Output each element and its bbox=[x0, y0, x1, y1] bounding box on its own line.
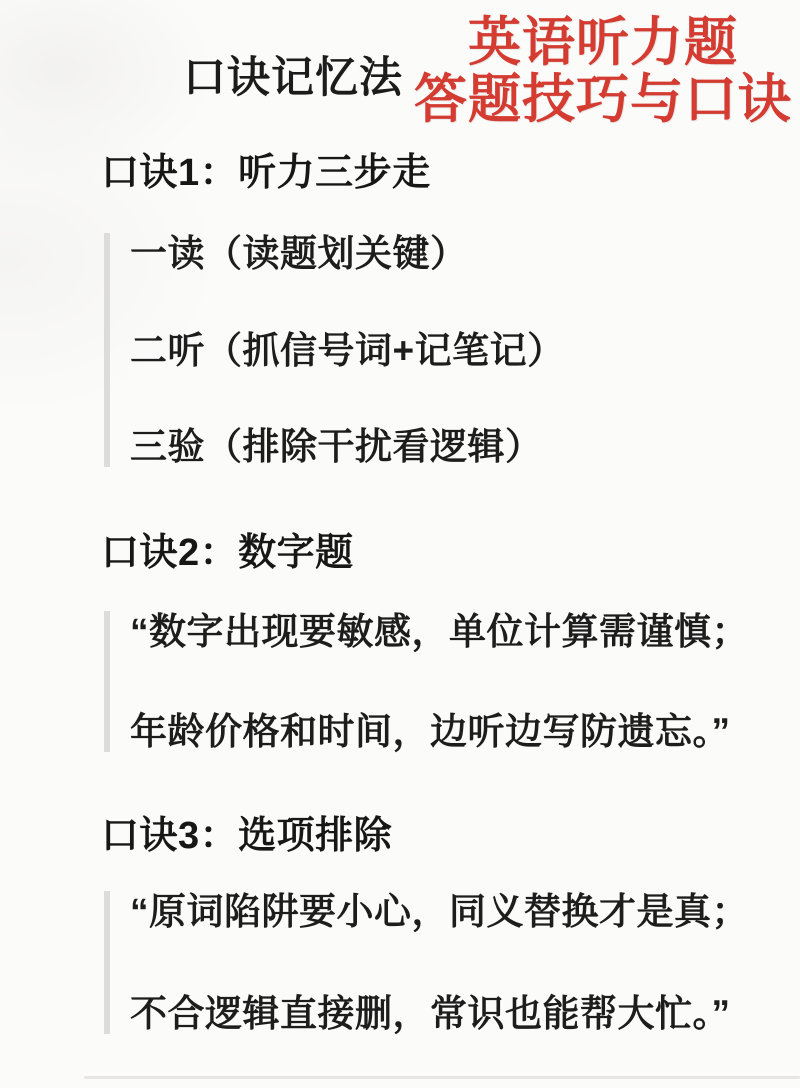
red-headline: 英语听力题 答题技巧与口诀 bbox=[414, 14, 792, 128]
section-1-heading: 口诀1：听力三步走 bbox=[101, 141, 431, 196]
quote-line: 不合逻辑直接删，常识也能帮大忙。” bbox=[130, 993, 754, 1034]
quote-line: 二听（抓信号词+记笔记） bbox=[130, 330, 664, 371]
red-headline-line2: 答题技巧与口诀 bbox=[414, 71, 792, 128]
note-page: 口诀记忆法 英语听力题 答题技巧与口诀 口诀1：听力三步走 一读（读题划关键） … bbox=[0, 0, 800, 1088]
quote-line: 一读（读题划关键） bbox=[130, 233, 664, 274]
section-2-quote-block: “数字出现要敏感，单位计算需谨慎； 年龄价格和时间，边听边写防遗忘。” bbox=[104, 611, 744, 752]
section-3-quote-block: “原词陷阱要小心，同义替换才是真； 不合逻辑直接删，常识也能帮大忙。” bbox=[104, 891, 754, 1034]
quote-line: “原词陷阱要小心，同义替换才是真； bbox=[130, 891, 754, 932]
section-3-heading: 口诀3：选项排除 bbox=[101, 804, 392, 859]
section-2-heading: 口诀2：数字题 bbox=[101, 521, 354, 576]
quote-line: “数字出现要敏感，单位计算需谨慎； bbox=[130, 611, 744, 652]
quote-line: 年龄价格和时间，边听边写防遗忘。” bbox=[130, 711, 744, 752]
red-headline-line1: 英语听力题 bbox=[414, 14, 792, 71]
quote-line: 三验（排除干扰看逻辑） bbox=[130, 426, 664, 467]
section-1-quote-block: 一读（读题划关键） 二听（抓信号词+记笔记） 三验（排除干扰看逻辑） bbox=[104, 233, 664, 467]
bottom-divider bbox=[84, 1076, 800, 1079]
page-title: 口诀记忆法 bbox=[183, 44, 403, 105]
